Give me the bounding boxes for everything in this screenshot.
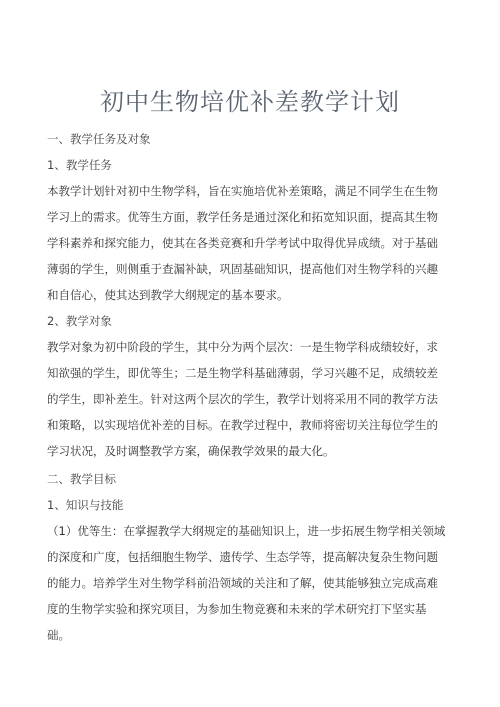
section-heading: 1、教学任务: [47, 158, 112, 172]
section-heading: 一、教学任务及对象: [47, 132, 151, 146]
paragraph-line: 薄弱的学生，则侧重于查漏补缺，巩固基础知识，提高他们对生物学科的兴趣: [47, 262, 438, 276]
document-title: 初中生物培优补差教学计划: [0, 82, 500, 117]
paragraph-line: 度的生物学实验和探究项目，为参加生物竞赛和未来的学术研究打下坚实基: [47, 602, 427, 616]
section-heading: 1、知识与技能: [47, 498, 123, 512]
paragraph-line: 和自信心，使其达到教学大纲规定的基本要求。: [47, 288, 289, 302]
paragraph-line: 的学生，即补差生。针对这两个层次的学生，教学计划将采用不同的教学方法: [47, 392, 438, 406]
paragraph-line: 学科素养和探究能力，使其在各类竞赛和升学考试中取得优异成绩。对于基础: [47, 236, 438, 250]
document-page: 初中生物培优补差教学计划 一、教学任务及对象1、教学任务本教学计划针对初中生物学…: [0, 0, 500, 707]
paragraph-line: 和策略，以实现培优补差的目标。在教学过程中，教师将密切关注每位学生的: [47, 418, 438, 432]
paragraph-line: 的能力。培养学生对生物学科前沿领域的关注和了解，使其能够独立完成高难: [47, 576, 438, 590]
paragraph-line: 知欲强的学生，即优等生；二是生物学科基础薄弱，学习兴趣不足，成绩较差: [47, 366, 438, 380]
section-heading: 2、教学对象: [47, 314, 112, 328]
paragraph-line: 学习状况，及时调整教学方案，确保教学效果的最大化。: [47, 444, 335, 458]
paragraph-line: （1）优等生：在掌握教学大纲规定的基础知识上，进一步拓展生物学相关领域: [47, 524, 445, 538]
paragraph-line: 本教学计划针对初中生物学科，旨在实施培优补差策略，满足不同学生在生物: [47, 184, 438, 198]
paragraph-line: 学习上的需求。优等生方面，教学任务是通过深化和拓宽知识面，提高其生物: [47, 210, 438, 224]
paragraph-line: 础。: [47, 628, 70, 642]
paragraph-line: 的深度和广度，包括细胞生物学、遗传学、生态学等，提高解决复杂生物问题: [47, 550, 438, 564]
section-heading: 二、教学目标: [47, 472, 116, 486]
paragraph-line: 教学对象为初中阶段的学生，其中分为两个层次：一是生物学科成绩较好，求: [47, 340, 438, 354]
